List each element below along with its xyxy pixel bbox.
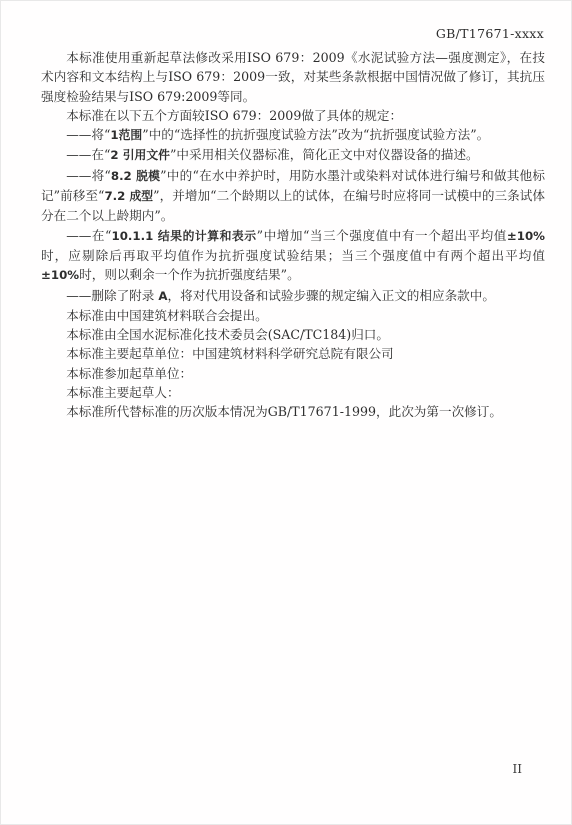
text-run: 本标准在以下五个方面较ISO 679：2009做了具体的规定： <box>66 108 402 123</box>
text-run-bold: A <box>158 289 167 303</box>
text-run-bold: 2 引用文件 <box>110 148 170 162</box>
paragraph-participating-org: 本标准参加起草单位： <box>41 364 545 383</box>
text-run: ——将“ <box>66 168 111 183</box>
text-run-bold: 10.1.1 结果的计算和表示 <box>111 229 256 243</box>
paragraph-drafting-org: 本标准主要起草单位：中国建筑材料科学研究总院有限公司 <box>41 344 545 363</box>
text-run: ——将“ <box>66 127 110 142</box>
text-run: ——删除了附录 <box>66 288 158 303</box>
standard-number: GB/T17671-xxxx <box>436 26 544 41</box>
text-run: 时，则以剩余一个作为抗折强度结果”。 <box>79 267 300 282</box>
page-header: GB/T17671-xxxx <box>41 26 544 41</box>
text-run-bold: 1范围 <box>110 128 142 142</box>
text-run: ”中增加“当三个强度值中有一个超出平均值 <box>257 228 507 243</box>
text-run-bold: 8.2 脱模 <box>111 169 160 183</box>
text-run: ”中采用相关仪器标准，简化正文中对仪器设备的描述。 <box>170 147 479 162</box>
paragraph-intro: 本标准使用重新起草法修改采用ISO 679：2009《水泥试验方法—强度测定》，… <box>41 48 545 106</box>
text-run: 本标准使用重新起草法修改采用ISO 679：2009《水泥试验方法—强度测定》，… <box>41 50 545 104</box>
text-run: 本标准参加起草单位： <box>66 366 192 381</box>
paragraph-change-demould: ——将“8.2 脱模”中的“在水中养护时，用防水墨汁或染料对试体进行编号和做其他… <box>41 166 545 226</box>
paragraph-change-references: ——在“2 引用文件”中采用相关仪器标准，简化正文中对仪器设备的描述。 <box>41 145 545 165</box>
document-page: GB/T17671-xxxx 本标准使用重新起草法修改采用ISO 679：200… <box>0 0 572 825</box>
paragraph-change-calculation: ——在“10.1.1 结果的计算和表示”中增加“当三个强度值中有一个超出平均值±… <box>41 226 545 286</box>
text-run: 本标准所代替标准的历次版本情况为GB/T17671-1999，此次为第一次修订。 <box>66 404 502 419</box>
paragraph-change-scope: ——将“1范围”中的“选择性的抗折强度试验方法”改为“抗折强度试验方法”。 <box>41 125 545 145</box>
page-footer: II <box>513 762 522 776</box>
paragraph-change-annex: ——删除了附录 A，将对代用设备和试验步骤的规定编入正文的相应条款中。 <box>41 286 545 306</box>
page-number: II <box>513 762 522 776</box>
text-run: 本标准主要起草人： <box>66 385 179 400</box>
text-run: 本标准主要起草单位：中国建筑材料科学研究总院有限公司 <box>66 346 393 361</box>
text-run: 本标准由中国建筑材料联合会提出。 <box>66 308 268 323</box>
paragraph-drafters: 本标准主要起草人： <box>41 383 545 402</box>
text-run: ，将对代用设备和试验步骤的规定编入正文的相应条款中。 <box>168 288 495 303</box>
document-body: 本标准使用重新起草法修改采用ISO 679：2009《水泥试验方法—强度测定》，… <box>41 48 545 422</box>
text-run-bold: 7.2 成型 <box>104 189 153 203</box>
text-run: 本标准由全国水泥标准化技术委员会(SAC/TC184)归口。 <box>66 327 389 342</box>
paragraph-proposed-by: 本标准由中国建筑材料联合会提出。 <box>41 306 545 325</box>
text-run: ——在“ <box>66 147 110 162</box>
text-run-bold: ±10% <box>41 268 79 282</box>
paragraph-centralized-by: 本标准由全国水泥标准化技术委员会(SAC/TC184)归口。 <box>41 325 545 344</box>
text-run: ——在“ <box>66 228 111 243</box>
text-run: ”中的“选择性的抗折强度试验方法”改为“抗折强度试验方法”。 <box>142 127 489 142</box>
paragraph-summary: 本标准在以下五个方面较ISO 679：2009做了具体的规定： <box>41 106 545 125</box>
paragraph-history: 本标准所代替标准的历次版本情况为GB/T17671-1999，此次为第一次修订。 <box>41 402 545 421</box>
text-run-bold: ±10% <box>507 229 545 243</box>
text-run: 时，应剔除后再取平均值作为抗折强度试验结果；当三个强度值中有两个超出平均值 <box>41 248 545 263</box>
